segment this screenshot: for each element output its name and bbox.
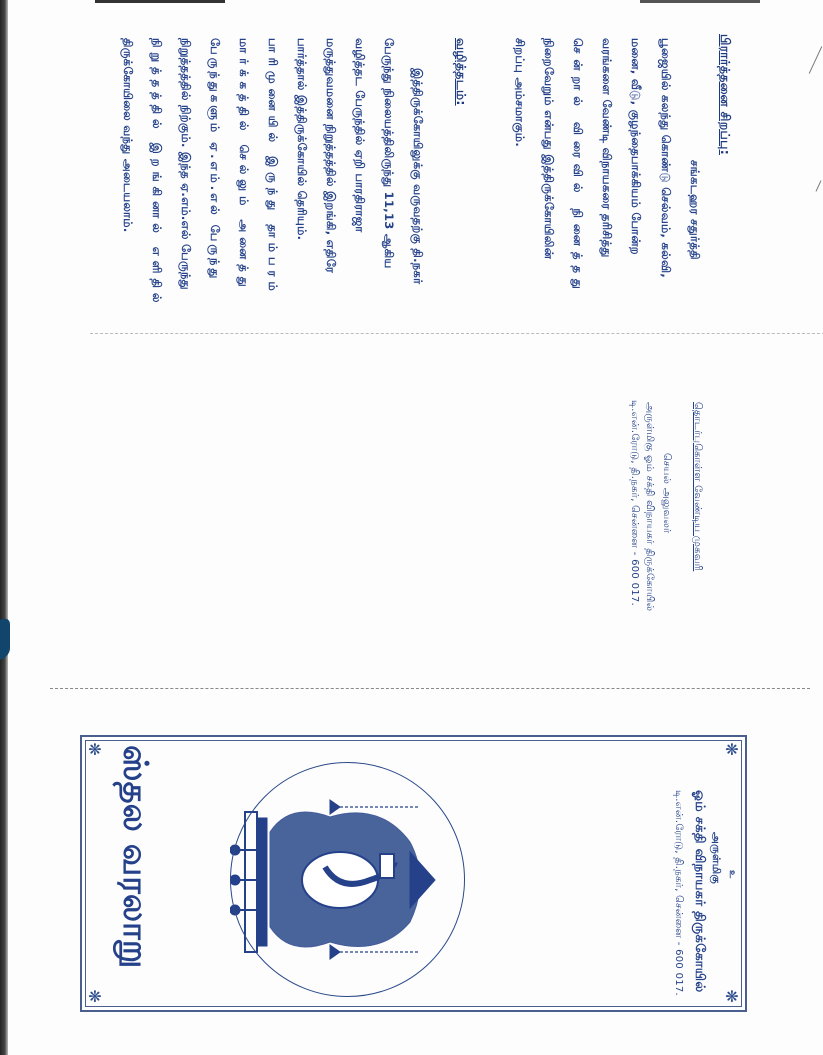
scan-mark	[809, 46, 823, 74]
fold-line	[50, 688, 810, 689]
route-line: வழித்தட பேருந்தில் ஏறி பாரதிராஜா	[351, 38, 367, 233]
ganesha-illustration	[230, 762, 465, 997]
scan-mark	[816, 180, 822, 191]
prayer-line: வரங்களை வேண்டி விநாயகரை தரிசித்து	[598, 38, 614, 258]
fold-line	[90, 333, 823, 334]
floral-corner-icon: ❋	[86, 988, 104, 1006]
cover-invocation: உ	[726, 870, 737, 878]
prayer-line: சிறப்பு அம்சமாகும்.	[511, 38, 527, 147]
scan-edge-shadow	[0, 0, 8, 1055]
route-line: பேருந்து நிலையத்திலிருந்து 11,13 ஆகிய	[380, 38, 396, 269]
scan-edge-top	[95, 0, 225, 3]
prayer-line: பூஜையில் கலந்து கொண்டு செல்வம், கல்வி,	[657, 38, 673, 278]
route-line: இத்திருக்கோயிலுக்கு வருவதற்கு தி.நகர்	[409, 68, 425, 284]
route-line: பேருந்துகளும் ஏ.எம்.எல் பேருந்து	[206, 38, 222, 281]
cover-temple-name: ஓம் சக்தி விநாயகர் திருக்கோயில்	[691, 790, 707, 992]
prayer-heading: பிரார்த்தனை சிறப்பு:	[716, 34, 733, 155]
contact-name: செயல் அலுவலர்	[660, 453, 672, 534]
route-line: பார்த்தால் இத்திருக்கோயில் தெரியும்.	[293, 38, 309, 240]
floral-corner-icon: ❋	[86, 741, 104, 759]
cover-address: டி.என்.ரோடு, தி.நகர், சென்னை - 600 017.	[672, 790, 684, 996]
floral-corner-icon: ❋	[723, 741, 741, 759]
cover-prefix: அருள்மிகு	[709, 832, 722, 884]
route-line: மார்க்கத்தில் செல்லும் அனைத்து	[235, 38, 251, 292]
route-heading: வழித்தடம்:	[452, 38, 469, 106]
route-line: நிறுத்தத்தில் இறங்கினால் எளிதில்	[148, 38, 164, 307]
prayer-line: நிறைவேறும் என்பது இத்திருக்கோயிலின்	[540, 38, 556, 259]
route-line: மருத்துவமனை நிறுத்தத்தில் இறங்கி, எதிரே	[322, 38, 338, 273]
contact-address: டி.என்.ரோடு, தி.நகர், சென்னை - 600 017.	[628, 400, 640, 606]
halo-circle	[230, 762, 465, 997]
prayer-subheading: சங்கடஹர சதுர்த்தி	[686, 160, 702, 260]
cover-title: ஸ்தல வரலாறு	[111, 745, 155, 968]
ink-smudge	[0, 616, 10, 660]
route-line: திருக்கோயிலை வந்து அடையலாம்.	[119, 38, 135, 233]
prayer-line: சென்றால் விரைவில் நினைத்தது	[569, 38, 585, 295]
floral-corner-icon: ❋	[723, 988, 741, 1006]
contact-heading: தொடர்புகொள்ள வேண்டிய முகவரி	[691, 402, 703, 571]
contact-temple: அருள்மிகு ஓம் சக்தி விநாயகர் திருக்கோயில…	[643, 402, 655, 611]
route-line: பாரிமுனையில் இருந்து தாம்பரம்	[264, 38, 280, 296]
prayer-line: மனை, வீடு, குழந்தைபாக்கியம் போன்ற	[627, 38, 643, 255]
scan-edge-top	[640, 0, 760, 3]
route-line: நிறுத்தத்தில் நிற்கும். இந்த ஏ.எம்.எல் ப…	[177, 38, 193, 290]
